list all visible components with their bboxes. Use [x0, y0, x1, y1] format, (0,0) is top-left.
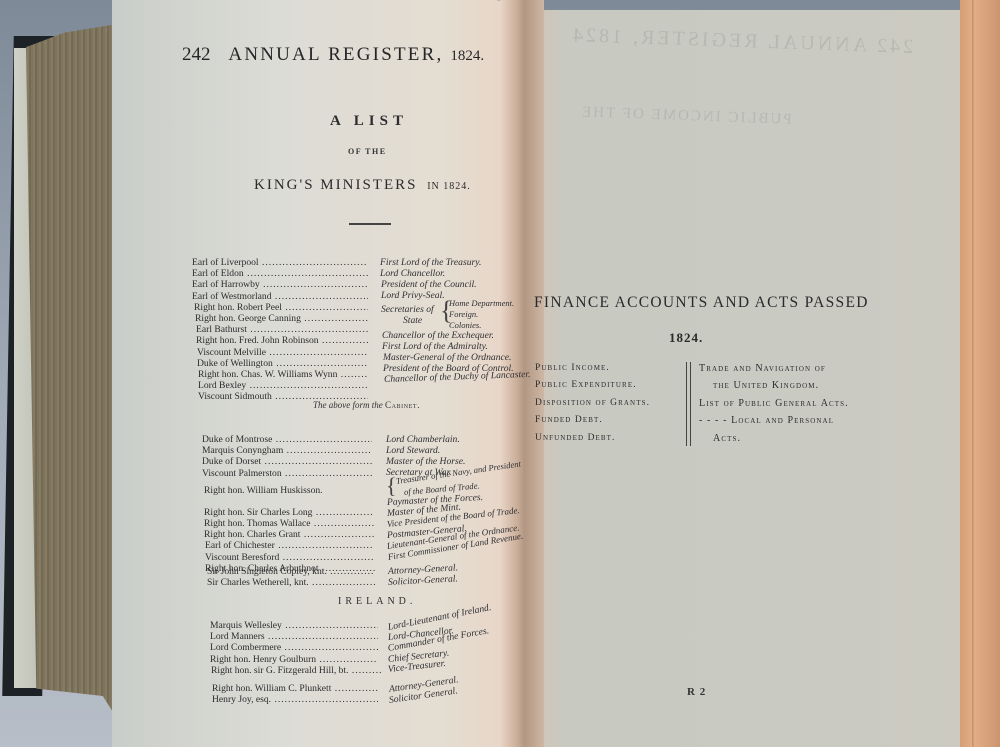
office-text: Lord Chancellor. [380, 268, 445, 279]
list-item: Public Income. [535, 360, 650, 377]
secretaries-label-state: State [403, 315, 422, 326]
list-item: Viscount Beresford [202, 552, 376, 563]
list-item: Acts. [699, 430, 849, 447]
list-item: Trade and Navigation of [699, 360, 849, 377]
finance-title: FINANCE ACCOUNTS AND ACTS PASSED [534, 294, 869, 312]
list-item: Right hon. George Canning [192, 313, 368, 324]
list-item: Funded Debt. [535, 412, 650, 429]
office-text: Home Department. [449, 298, 514, 309]
list-item: Viscount Melville [192, 347, 368, 358]
finance-left-column: Public Income. Public Expenditure. Dispo… [535, 360, 650, 447]
office-text: Foreign. [449, 309, 478, 320]
column-divider [686, 362, 691, 446]
office-text: Lord Steward. [386, 445, 440, 456]
list-item: Lord Combermere [210, 642, 383, 653]
list-item: Duke of Montrose [202, 434, 376, 445]
list-item: Viscount Palmerston [202, 468, 376, 479]
list-item: Right hon. Fred. John Robinson [192, 335, 368, 346]
heading-year: IN 1824. [427, 181, 471, 192]
cabinet-note: The above form the Cabinet. [313, 400, 420, 410]
office-text: First Lord of the Treasury. [380, 257, 481, 268]
list-item: Earl of Chichester [202, 540, 376, 551]
list-item: the United Kingdom. [699, 377, 849, 394]
heading-line3: KING'S MINISTERS [254, 177, 417, 193]
list-item: Marquis Conyngham [202, 445, 376, 456]
list-item: Earl Bathurst [192, 324, 368, 335]
list-item: Right hon. Henry Goulburn [210, 654, 383, 665]
page-block-right [960, 0, 1000, 747]
ireland-heading: IRELAND. [338, 596, 416, 607]
list-item: Lord Bexley [192, 380, 368, 391]
heading-line1: A LIST [330, 113, 408, 130]
list-item: Sir John Singleton Copley, knt. [207, 566, 375, 577]
list-item: Right hon. sir G. Fitzgerald Hill, bt. [210, 665, 383, 676]
list-item: Unfunded Debt. [535, 430, 650, 447]
ireland-ministers: Marquis Wellesley Lord Manners Lord Comb… [210, 620, 383, 676]
list-item: List of Public General Acts. [699, 395, 849, 412]
running-head: 242 ANNUAL REGISTER, 1824. [182, 44, 484, 66]
list-item: Marquis Wellesley [210, 620, 383, 631]
cabinet-names: Earl of Liverpool Earl of Eldon Earl of … [192, 257, 368, 402]
office-text: President of the Council. [381, 279, 477, 290]
page-title: KING'S MINISTERS IN 1824. [254, 177, 471, 194]
list-item: Earl of Harrowby [192, 279, 368, 290]
divider-rule [349, 223, 391, 225]
list-item: Lord Manners [210, 631, 383, 642]
running-year: 1824. [450, 48, 484, 64]
heading-line2: OF THE [348, 147, 387, 156]
page-number: 242 [182, 44, 211, 65]
running-title: ANNUAL REGISTER, [228, 44, 443, 65]
list-item: Right hon. Chas. W. Williams Wynn [192, 369, 368, 380]
law-officers: Sir John Singleton Copley, knt. Sir Char… [207, 566, 375, 588]
finance-right-column: Trade and Navigation of the United Kingd… [699, 360, 849, 447]
other-ministers: Duke of Montrose Marquis Conyngham Duke … [202, 434, 376, 574]
list-item: Disposition of Grants. [535, 395, 650, 412]
office-text: Lord Privy-Seal. [381, 290, 445, 301]
office-text: Master of the Horse. [386, 456, 465, 467]
finance-year: 1824. [669, 330, 703, 346]
office-text: Chancellor of the Exchequer. [382, 330, 494, 341]
office-text: Master-General of the Ordnance. [383, 352, 511, 363]
list-item: Duke of Dorset [202, 456, 376, 467]
list-item: Earl of Eldon [192, 268, 368, 279]
secretaries-label: Secretaries of [381, 304, 434, 315]
list-item: Public Expenditure. [535, 377, 650, 394]
list-item: Earl of Westmorland [192, 291, 368, 302]
list-item: Earl of Liverpool [192, 257, 368, 268]
list-item: Right hon. Sir Charles Long [202, 507, 376, 518]
list-item: Duke of Wellington [192, 358, 368, 369]
ireland-law-officers: Right hon. William C. Plunkett Henry Joy… [212, 683, 378, 705]
signature-mark: R 2 [687, 686, 706, 698]
list-item: Sir Charles Wetherell, knt. [207, 577, 375, 588]
office-text: First Lord of the Admiralty. [382, 341, 488, 352]
list-item: Right hon. William C. Plunkett [212, 683, 378, 694]
list-item: Right hon. Charles Grant [202, 529, 376, 540]
list-item: Right hon. William Huskisson. [202, 479, 376, 507]
list-item: - - - - Local and Personal [699, 412, 849, 429]
list-item: Right hon. Robert Peel [192, 302, 368, 313]
list-item: Henry Joy, esq. [212, 694, 378, 705]
office-text: Lord Chamberlain. [386, 434, 460, 445]
list-item: Right hon. Thomas Wallace [202, 518, 376, 529]
